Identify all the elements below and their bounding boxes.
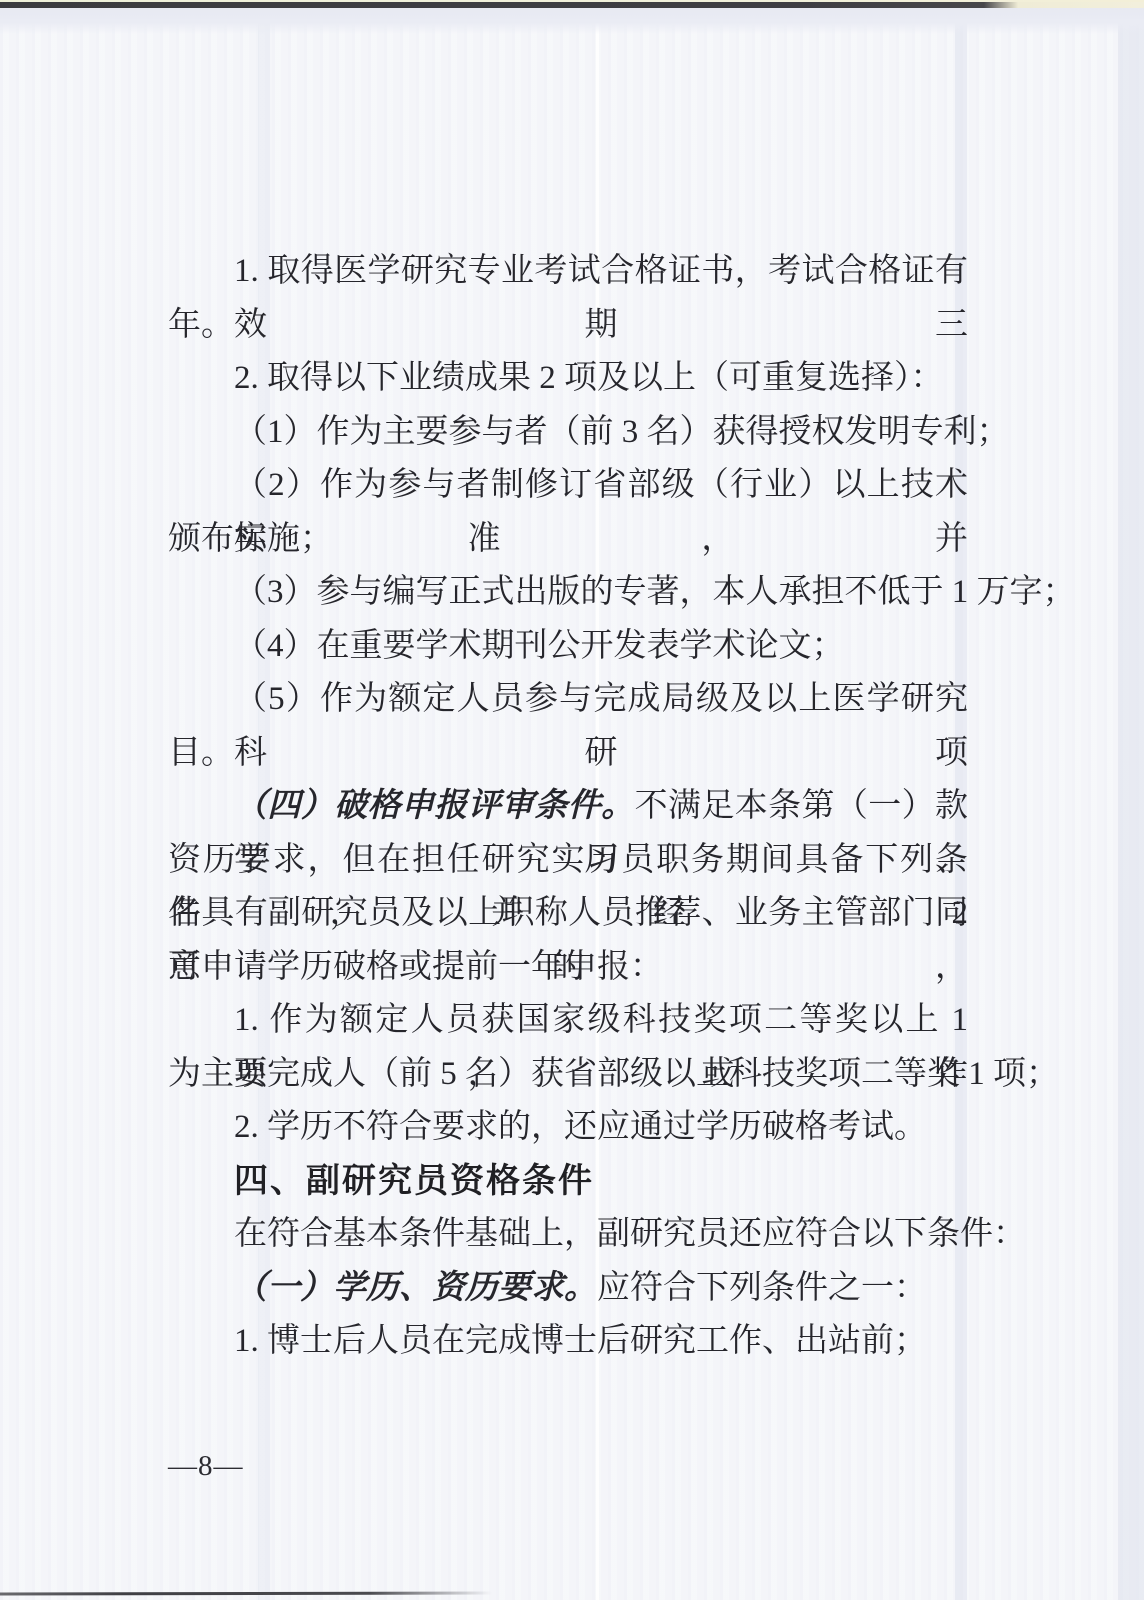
line-text: 颁布实施； bbox=[168, 521, 333, 557]
paragraph-line: （1）作为主要参与者（前 3 名）获得授权发明专利； bbox=[168, 406, 968, 460]
line-text: 2. 取得以下业绩成果 2 项及以上（可重复选择）： bbox=[234, 360, 944, 396]
line-text: 目。 bbox=[168, 735, 234, 771]
line-text: 2. 学历不符合要求的，还应通过学历破格考试。 bbox=[234, 1109, 927, 1145]
paragraph-line: （3）参与编写正式出版的专著，本人承担不低于 1 万字； bbox=[168, 566, 968, 620]
line-text: （1）作为主要参与者（前 3 名）获得授权发明专利； bbox=[234, 414, 1010, 450]
scan-artifact-bottom-edge-line bbox=[0, 1591, 492, 1595]
heading-text: 四、副研究员资格条件 bbox=[234, 1162, 594, 1200]
paragraph-line: （4）在重要学术期刊公开发表学术论文； bbox=[168, 620, 968, 674]
document-text-block: 1. 取得医学研究专业考试合格证书，考试合格证有效期三 年。 2. 取得以下业绩… bbox=[168, 245, 968, 1369]
page-number: —8— bbox=[168, 1450, 244, 1483]
line-text: （4）在重要学术期刊公开发表学术论文； bbox=[234, 628, 845, 664]
line-text: 应符合下列条件之一： bbox=[597, 1270, 927, 1306]
paragraph-line: 资历要求，但在担任研究实习员职务期间具备下列条件，并经 2 bbox=[168, 834, 968, 888]
kaiti-bold-lead: （四）破格申报评审条件。 bbox=[234, 788, 635, 824]
paragraph-line: 1. 作为额定人员获国家级科技奖项二等奖以上 1 项，或作 bbox=[168, 994, 968, 1048]
paragraph-line: 为主要完成人（前 5 名）获省部级以上科技奖项二等奖 1 项； bbox=[168, 1048, 968, 1102]
paragraph-line: 名具有副研究员及以上职称人员推荐、业务主管部门同意的， bbox=[168, 887, 968, 941]
line-text: 年。 bbox=[168, 307, 234, 343]
paragraph-line: （四）破格申报评审条件。不满足本条第（一）款学历、 bbox=[168, 780, 968, 834]
line-text: 在符合基本条件基础上，副研究员还应符合以下条件： bbox=[234, 1216, 1026, 1252]
line-text: （5）作为额定人员参与完成局级及以上医学研究科研项 bbox=[234, 681, 968, 771]
kaiti-bold-lead: （一）学历、资历要求。 bbox=[234, 1270, 597, 1306]
paragraph-line: （一）学历、资历要求。应符合下列条件之一： bbox=[168, 1262, 968, 1316]
document-page: 1. 取得医学研究专业考试合格证书，考试合格证有效期三 年。 2. 取得以下业绩… bbox=[0, 0, 1144, 1600]
paragraph-line: 2. 学历不符合要求的，还应通过学历破格考试。 bbox=[168, 1101, 968, 1155]
line-text: 为主要完成人（前 5 名）获省部级以上科技奖项二等奖 1 项； bbox=[168, 1056, 1059, 1092]
line-text: （2）作为参与者制修订省部级（行业）以上技术标准，并 bbox=[234, 467, 968, 557]
scan-artifact-top-shadow-band bbox=[0, 8, 1144, 34]
line-text: 1. 博士后人员在完成博士后研究工作、出站前； bbox=[234, 1323, 927, 1359]
paragraph-line: 在符合基本条件基础上，副研究员还应符合以下条件： bbox=[168, 1208, 968, 1262]
paragraph-line: （5）作为额定人员参与完成局级及以上医学研究科研项 bbox=[168, 673, 968, 727]
paragraph-line: （2）作为参与者制修订省部级（行业）以上技术标准，并 bbox=[168, 459, 968, 513]
line-text: 可申请学历破格或提前一年申报： bbox=[168, 949, 663, 985]
paragraph-line: 1. 博士后人员在完成博士后研究工作、出站前； bbox=[168, 1315, 968, 1369]
section-heading: 四、副研究员资格条件 bbox=[168, 1155, 968, 1209]
line-text: （3）参与编写正式出版的专著，本人承担不低于 1 万字； bbox=[234, 574, 1076, 610]
paragraph-line: 1. 取得医学研究专业考试合格证书，考试合格证有效期三 bbox=[168, 245, 968, 299]
line-text: 1. 取得医学研究专业考试合格证书，考试合格证有效期三 bbox=[234, 253, 968, 343]
paragraph-line: 2. 取得以下业绩成果 2 项及以上（可重复选择）： bbox=[168, 352, 968, 406]
